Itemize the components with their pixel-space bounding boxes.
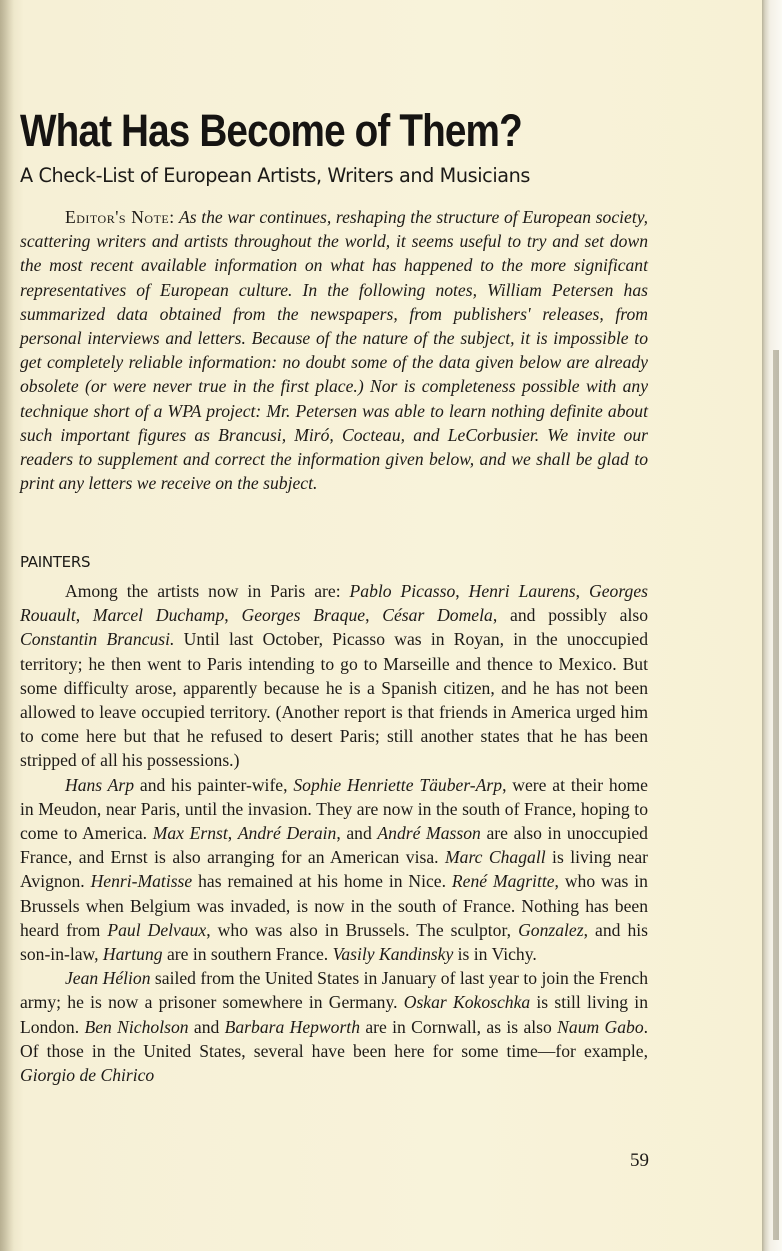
section-painters: Among the artists now in Paris are: Pabl…: [20, 579, 648, 1087]
paragraph: Hans Arp and his painter-wife, Sophie He…: [20, 773, 648, 967]
name-reference: Henri Laurens: [469, 581, 576, 601]
article-subtitle: A Check-List of European Artists, Writer…: [20, 166, 530, 186]
name-reference: Gonzalez: [518, 920, 584, 940]
name-reference: Vasily Kandinsky: [333, 944, 454, 964]
text-run: Among the artists now in Paris are:: [65, 581, 350, 601]
text-run: and his painter-wife,: [134, 775, 293, 795]
editor-note: Editor's Note: As the war continues, res…: [20, 205, 648, 495]
name-reference: Sophie Henriette Täuber-Arp: [293, 775, 502, 795]
text-run: Until last October, Picasso was in Royan…: [20, 629, 648, 770]
name-reference: Max Ernst: [153, 823, 228, 843]
text-run: , and: [336, 823, 377, 843]
text-run: ,: [455, 581, 468, 601]
editor-note-label: Editor's Note:: [65, 207, 175, 227]
name-reference: Barbara Hepworth: [225, 1017, 360, 1037]
text-run: ,: [76, 605, 93, 625]
name-reference: Naum Gabo: [557, 1017, 643, 1037]
paragraph: Jean Hélion sailed from the United State…: [20, 966, 648, 1087]
text-run: ,: [576, 581, 589, 601]
name-reference: César Domela: [382, 605, 493, 625]
name-reference: Constantin Brancusi.: [20, 629, 174, 649]
text-run: are in Cornwall, as is also: [360, 1017, 557, 1037]
page-number: 59: [630, 1150, 649, 1172]
name-reference: Ben Nicholson: [84, 1017, 188, 1037]
article-title: What Has Become of Them?: [20, 108, 522, 153]
text-run: , who was also in Brussels. The sculptor…: [206, 920, 518, 940]
text-run: are in southern France.: [163, 944, 333, 964]
name-reference: Jean Hélion: [65, 968, 151, 988]
name-reference: Hartung: [103, 944, 163, 964]
name-reference: Pablo Picasso: [350, 581, 456, 601]
name-reference: Giorgio de Chirico: [20, 1065, 154, 1085]
section-heading-painters: PAINTERS: [20, 553, 90, 571]
name-reference: Oskar Kokoschka: [404, 992, 530, 1012]
name-reference: Hans Arp: [65, 775, 134, 795]
text-run: is in Vichy.: [453, 944, 537, 964]
gutter-shadow: [0, 0, 14, 1251]
text-run: ,: [228, 823, 238, 843]
name-reference: Paul Delvaux: [107, 920, 206, 940]
text-run: , and possibly also: [493, 605, 648, 625]
name-reference: Marcel Duchamp: [93, 605, 224, 625]
editor-note-text: As the war continues, reshaping the stru…: [20, 207, 648, 493]
text-run: has remained at his home in Nice.: [192, 871, 452, 891]
text-run: ,: [224, 605, 241, 625]
text-run: ,: [365, 605, 382, 625]
paragraph: Among the artists now in Paris are: Pabl…: [20, 579, 648, 773]
name-reference: Georges Braque: [242, 605, 366, 625]
name-reference: René Magritte: [452, 871, 555, 891]
name-reference: Henri-Matisse: [91, 871, 193, 891]
text-run: and: [189, 1017, 225, 1037]
page-edge: [762, 0, 782, 1251]
name-reference: André Masson: [377, 823, 480, 843]
page-edge-shadow: [773, 350, 779, 1240]
name-reference: André Derain: [238, 823, 337, 843]
name-reference: Marc Chagall: [445, 847, 546, 867]
